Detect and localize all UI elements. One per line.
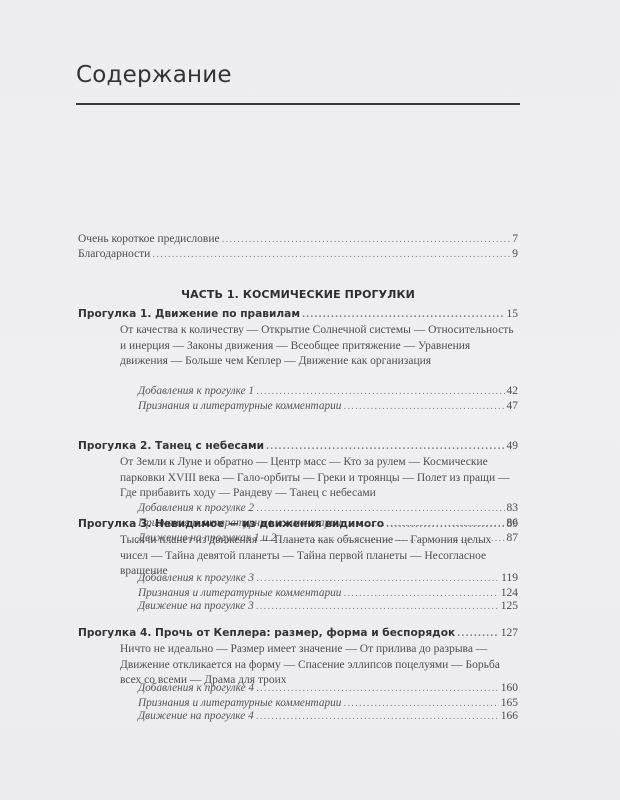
toc-subsection[interactable]: Движение на прогулке 3 125 [138, 600, 518, 612]
part-heading: ЧАСТЬ 1. КОСМИЧЕСКИЕ ПРОГУЛКИ [78, 288, 518, 301]
dot-leader [222, 235, 511, 245]
page-number: 7 [512, 233, 518, 245]
dot-leader [256, 712, 499, 722]
toc-walk-1[interactable]: Прогулка 1. Движение по правилам 15 [78, 308, 518, 320]
dot-leader [266, 442, 504, 452]
toc-entry-label: Благодарности [78, 248, 150, 260]
dot-leader [152, 250, 510, 260]
dot-leader [457, 629, 499, 639]
page-number: 42 [507, 385, 519, 397]
toc-entry-label: Очень короткое предисловие [78, 233, 220, 245]
page-number: 15 [507, 308, 519, 320]
toc-subsection[interactable]: Признания и литературные комментарии 124 [138, 587, 518, 599]
dot-leader [256, 684, 499, 694]
toc-subsection[interactable]: Признания и литературные комментарии 47 [138, 400, 518, 412]
page-number: 119 [501, 572, 518, 584]
toc-entry-preface[interactable]: Очень короткое предисловие 7 [78, 233, 518, 245]
walk-1-topics: От качества к количеству — Открытие Солн… [120, 323, 520, 370]
page-number: 125 [501, 600, 518, 612]
book-page: Содержание Очень короткое предисловие 7 … [0, 0, 620, 800]
page-title: Содержание [76, 62, 232, 88]
title-rule [76, 103, 520, 105]
dot-leader [343, 699, 498, 709]
subsection-label: Признания и литературные комментарии [138, 400, 341, 412]
subsection-label: Признания и литературные комментарии [138, 697, 341, 709]
page-number: 165 [501, 697, 518, 709]
page-number: 89 [507, 518, 519, 530]
page-number: 127 [501, 627, 518, 639]
dot-leader [256, 602, 499, 612]
toc-subsection[interactable]: Добавления к прогулке 3 119 [138, 572, 518, 584]
walk-2-topics: От Земли к Луне и обратно — Центр масс —… [120, 455, 520, 502]
page-number: 166 [501, 710, 518, 722]
walk-title: Прогулка 2. Танец с небесами [78, 440, 264, 452]
page-number: 160 [501, 682, 518, 694]
subsection-label: Добавления к прогулке 1 [138, 385, 254, 397]
page-number: 47 [507, 400, 519, 412]
dot-leader [256, 387, 504, 397]
page-number: 49 [507, 440, 519, 452]
page-number: 124 [501, 587, 518, 599]
subsection-label: Добавления к прогулке 3 [138, 572, 254, 584]
subsection-label: Добавления к прогулке 4 [138, 682, 254, 694]
page-number: 9 [512, 248, 518, 260]
subsection-label: Движение на прогулке 3 [138, 600, 254, 612]
dot-leader [302, 310, 505, 320]
walk-title: Прогулка 4. Прочь от Кеплера: размер, фо… [78, 627, 455, 639]
walk-title: Прогулка 3. Невидимое — из движения види… [78, 518, 384, 530]
toc-entry-acknowledgements[interactable]: Благодарности 9 [78, 248, 518, 260]
subsection-label: Движение на прогулке 4 [138, 710, 254, 722]
dot-leader [343, 402, 504, 412]
dot-leader [343, 589, 498, 599]
dot-leader [386, 520, 504, 530]
subsection-label: Признания и литературные комментарии [138, 587, 341, 599]
toc-walk-3[interactable]: Прогулка 3. Невидимое — из движения види… [78, 518, 518, 530]
toc-subsection[interactable]: Движение на прогулке 4 166 [138, 710, 518, 722]
dot-leader [256, 574, 499, 584]
toc-subsection[interactable]: Добавления к прогулке 2 83 [138, 502, 518, 514]
page-number: 83 [507, 502, 519, 514]
dot-leader [256, 504, 504, 514]
subsection-label: Добавления к прогулке 2 [138, 502, 254, 514]
toc-walk-4[interactable]: Прогулка 4. Прочь от Кеплера: размер, фо… [78, 627, 518, 639]
toc-subsection[interactable]: Признания и литературные комментарии 165 [138, 697, 518, 709]
toc-walk-2[interactable]: Прогулка 2. Танец с небесами 49 [78, 440, 518, 452]
walk-title: Прогулка 1. Движение по правилам [78, 308, 300, 320]
toc-subsection[interactable]: Добавления к прогулке 1 42 [138, 385, 518, 397]
toc-subsection[interactable]: Добавления к прогулке 4 160 [138, 682, 518, 694]
